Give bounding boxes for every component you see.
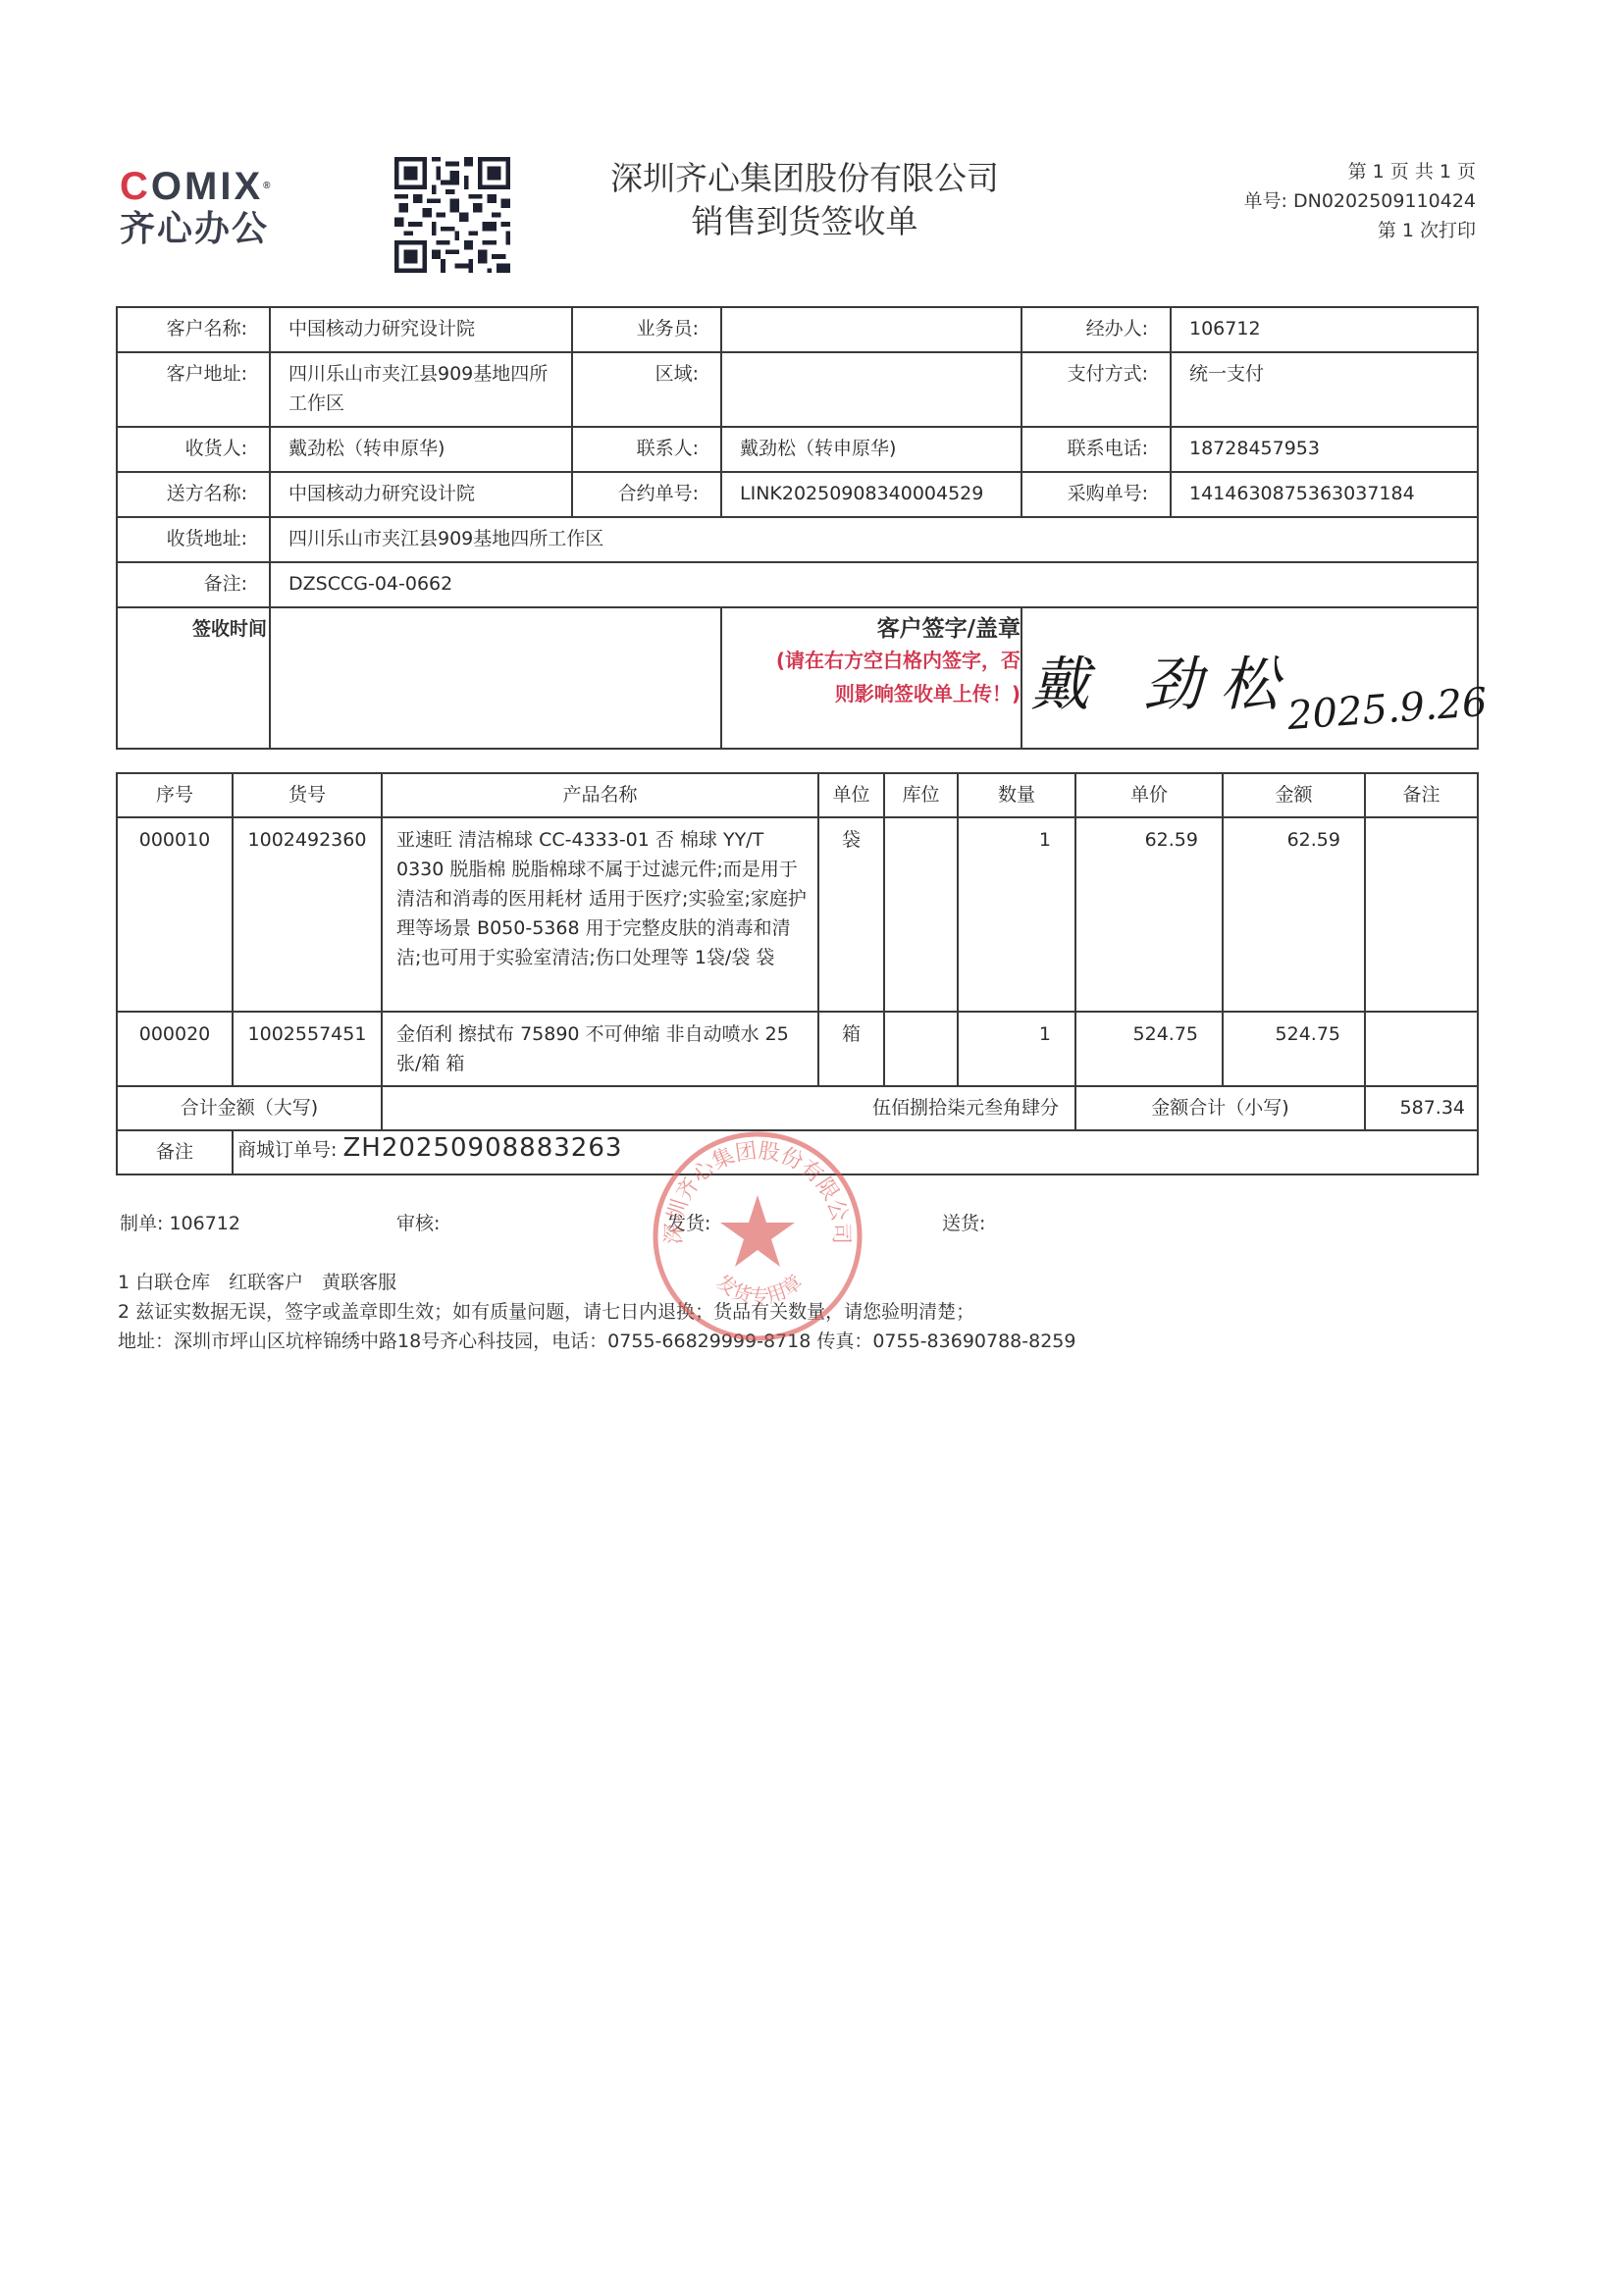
column-header: 产品名称	[382, 773, 818, 817]
print-count: 第 1 次打印	[1244, 216, 1476, 245]
item-location	[884, 1012, 958, 1086]
handler-value: 106712	[1171, 307, 1478, 352]
table-row: 000020 1002557451 金佰利 擦拭布 75890 不可伸缩 非自动…	[117, 1012, 1478, 1086]
order-remark-label: 备注	[117, 1130, 233, 1174]
column-header: 金额	[1223, 773, 1365, 817]
item-sku: 1002492360	[233, 817, 382, 1012]
item-remark	[1365, 817, 1478, 1012]
qr-code-icon	[394, 157, 510, 273]
mall-order-label: 商城订单号:	[237, 1139, 337, 1161]
document-title-block: 深圳齐心集团股份有限公司 销售到货签收单	[550, 157, 1060, 243]
column-header: 单位	[818, 773, 884, 817]
total-lower-label: 金额合计（小写)	[1075, 1086, 1365, 1130]
item-seq: 000020	[117, 1012, 233, 1086]
item-seq: 000010	[117, 817, 233, 1012]
item-price: 524.75	[1075, 1012, 1223, 1086]
mall-order-number: ZH20250908883263	[342, 1133, 622, 1163]
column-header: 库位	[884, 773, 958, 817]
column-header: 单价	[1075, 773, 1223, 817]
po-no-label: 采购单号:	[1021, 472, 1171, 517]
document-title: 销售到货签收单	[550, 200, 1060, 243]
maker-label: 制单:	[120, 1213, 163, 1234]
salesperson-value	[721, 307, 1021, 352]
table-row: 000010 1002492360 亚速旺 清洁棉球 CC-4333-01 否 …	[117, 817, 1478, 1012]
item-location	[884, 817, 958, 1012]
items-header-row: 序号 货号 产品名称 单位 库位 数量 单价 金额 备注	[117, 773, 1478, 817]
document-meta: 第 1 页 共 1 页 单号: DN0202509110424 第 1 次打印	[1244, 157, 1476, 245]
item-unit: 袋	[818, 817, 884, 1012]
column-header: 货号	[233, 773, 382, 817]
document-number-label: 单号:	[1244, 190, 1287, 212]
item-sku: 1002557451	[233, 1012, 382, 1086]
document-number-value: DN0202509110424	[1293, 190, 1476, 212]
column-header: 序号	[117, 773, 233, 817]
deliverer-label: 送货:	[942, 1209, 985, 1235]
total-upper-label: 合计金额（大写)	[117, 1086, 382, 1130]
page-info: 第 1 页 共 1 页	[1244, 157, 1476, 186]
item-name: 亚速旺 清洁棉球 CC-4333-01 否 棉球 YY/T 0330 脱脂棉 脱…	[382, 817, 818, 1012]
logo-wordmark: COMIX®	[120, 167, 306, 206]
company-name: 深圳齐心集团股份有限公司	[550, 157, 1060, 200]
items-table: 序号 货号 产品名称 单位 库位 数量 单价 金额 备注 000010 1002…	[116, 772, 1479, 1175]
item-qty: 1	[958, 1012, 1075, 1086]
item-remark	[1365, 1012, 1478, 1086]
contact-label: 联系人:	[572, 427, 721, 472]
stamp-text-bottom: 发货专用章	[712, 1270, 807, 1308]
contract-no-label: 合约单号:	[572, 472, 721, 517]
company-address: 地址：深圳市坪山区坑梓锦绣中路18号齐心科技园，电话：0755-66829999…	[118, 1327, 1075, 1356]
customer-sign-label-cell: 客户签字/盖章 (请在右方空白格内签字，否 则影响签收单上传！)	[721, 607, 1021, 749]
column-header: 备注	[1365, 773, 1478, 817]
shipto-name-value: 中国核动力研究设计院	[270, 472, 572, 517]
consignee-label: 收货人:	[117, 427, 270, 472]
item-unit: 箱	[818, 1012, 884, 1086]
shipto-name-label: 送方名称:	[117, 472, 270, 517]
po-no-value: 1414630875363037184	[1171, 472, 1478, 517]
remark-label: 备注:	[117, 562, 270, 607]
contact-value: 戴劲松（转申原华)	[721, 427, 1021, 472]
remark-value: DZSCCG-04-0662	[270, 562, 1478, 607]
sign-warning-line-2: 则影响签收单上传！)	[734, 677, 1021, 710]
total-upper-value: 伍佰捌拾柒元叁角肆分	[382, 1086, 1075, 1130]
contract-no-value: LINK20250908340004529	[721, 472, 1021, 517]
logo-chinese: 齐心办公	[120, 208, 306, 251]
customer-address-value: 四川乐山市夹江县909基地四所工作区	[270, 352, 572, 427]
footer-notes: 1 白联仓库 红联客户 黄联客服 2 兹证实数据无误，签字或盖章即生效；如有质量…	[118, 1268, 1075, 1356]
phone-label: 联系电话:	[1021, 427, 1171, 472]
total-row: 合计金额（大写) 伍佰捌拾柒元叁角肆分 金额合计（小写) 587.34	[117, 1086, 1478, 1130]
sign-time-label: 签收时间	[117, 607, 270, 749]
region-label: 区域:	[572, 352, 721, 427]
item-amount: 524.75	[1223, 1012, 1365, 1086]
item-amount: 62.59	[1223, 817, 1365, 1012]
item-qty: 1	[958, 817, 1075, 1012]
customer-sign-label: 客户签字/盖章	[734, 614, 1021, 644]
maker-field: 制单: 106712	[120, 1209, 240, 1235]
maker-value: 106712	[169, 1213, 240, 1234]
item-name: 金佰利 擦拭布 75890 不可伸缩 非自动喷水 25张/箱 箱	[382, 1012, 818, 1086]
delivery-address-value: 四川乐山市夹江县909基地四所工作区	[270, 517, 1478, 562]
column-header: 数量	[958, 773, 1075, 817]
customer-address-label: 客户地址:	[117, 352, 270, 427]
company-seal-stamp: 深圳齐心集团股份有限公司 发货专用章	[648, 1126, 867, 1346]
terms-note: 2 兹证实数据无误，签字或盖章即生效；如有质量问题，请七日内退换；货品有关数量，…	[118, 1297, 1075, 1327]
total-lower-value: 587.34	[1365, 1086, 1478, 1130]
sign-warning-line-1: (请在右方空白格内签字，否	[734, 644, 1021, 677]
payment-method-value: 统一支付	[1171, 352, 1478, 427]
handler-label: 经办人:	[1021, 307, 1171, 352]
delivery-address-label: 收货地址:	[117, 517, 270, 562]
handwritten-signature: 戴 劲松	[1030, 638, 1296, 722]
region-value	[721, 352, 1021, 427]
payment-method-label: 支付方式:	[1021, 352, 1171, 427]
consignee-value: 戴劲松（转申原华)	[270, 427, 572, 472]
salesperson-label: 业务员:	[572, 307, 721, 352]
phone-value: 18728457953	[1171, 427, 1478, 472]
customer-name-label: 客户名称:	[117, 307, 270, 352]
document-number: 单号: DN0202509110424	[1244, 186, 1476, 216]
item-price: 62.59	[1075, 817, 1223, 1012]
reviewer-label: 审核:	[396, 1209, 440, 1235]
customer-name-value: 中国核动力研究设计院	[270, 307, 572, 352]
company-logo: COMIX® 齐心办公	[120, 167, 306, 251]
sign-time-field[interactable]	[270, 607, 721, 749]
copies-note: 1 白联仓库 红联客户 黄联客服	[118, 1268, 1075, 1297]
